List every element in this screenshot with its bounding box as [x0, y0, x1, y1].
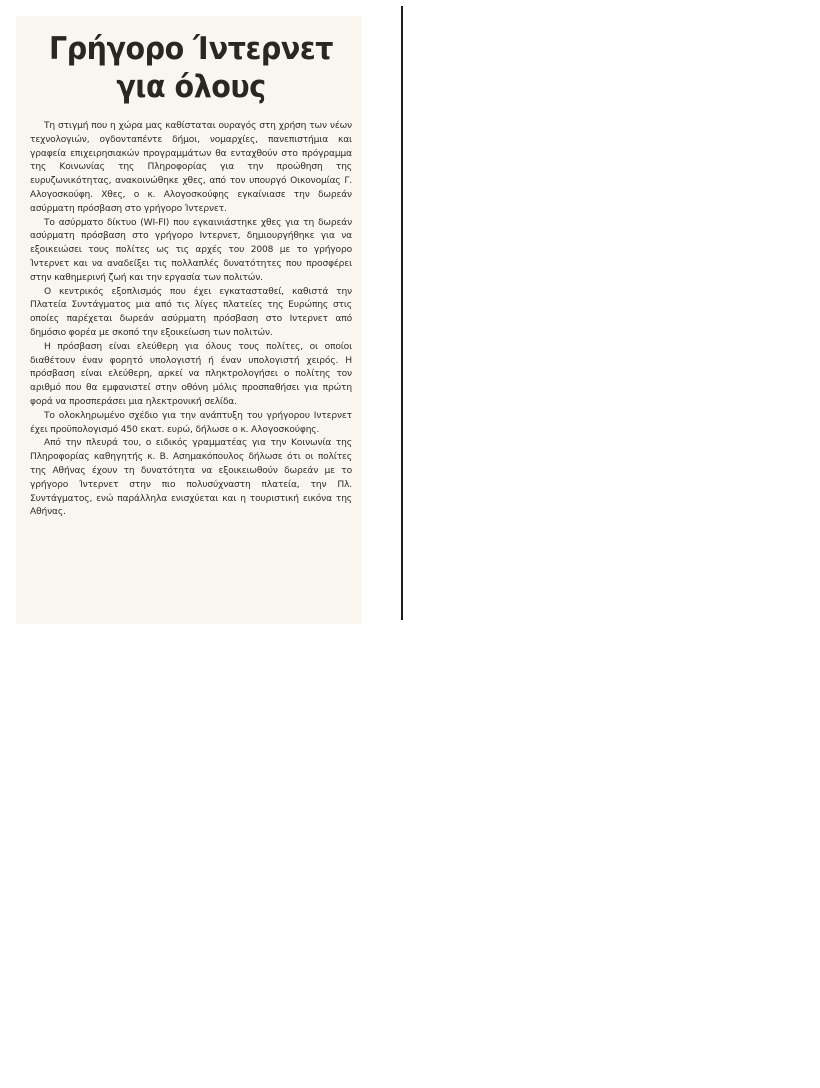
paragraph-4: Η πρόσβαση είναι ελεύθερη για όλους τους… — [30, 341, 352, 410]
newspaper-clipping: Γρήγορο Ίντερνετ για όλους Τη στιγμή που… — [16, 16, 362, 624]
headline-line-1: Γρήγορο Ίντερνετ — [43, 30, 339, 68]
column-divider-line — [401, 6, 403, 620]
paragraph-5: Το ολοκληρωμένο σχέδιο για την ανάπτυξη … — [30, 410, 352, 438]
headline: Γρήγορο Ίντερνετ για όλους — [43, 30, 339, 106]
paragraph-2: Το ασύρματο δίκτυο (WI-FI) που εγκαινιάσ… — [30, 217, 352, 286]
paragraph-3: Ο κεντρικός εξοπλισμός που έχει εγκαταστ… — [30, 286, 352, 341]
paragraph-1: Τη στιγμή που η χώρα μας καθίσταται ουρα… — [30, 120, 352, 217]
article-body: Τη στιγμή που η χώρα μας καθίσταται ουρα… — [30, 120, 352, 520]
paragraph-6: Από την πλευρά του, ο ειδικός γραμματέας… — [30, 437, 352, 520]
headline-line-2: για όλους — [43, 68, 339, 106]
